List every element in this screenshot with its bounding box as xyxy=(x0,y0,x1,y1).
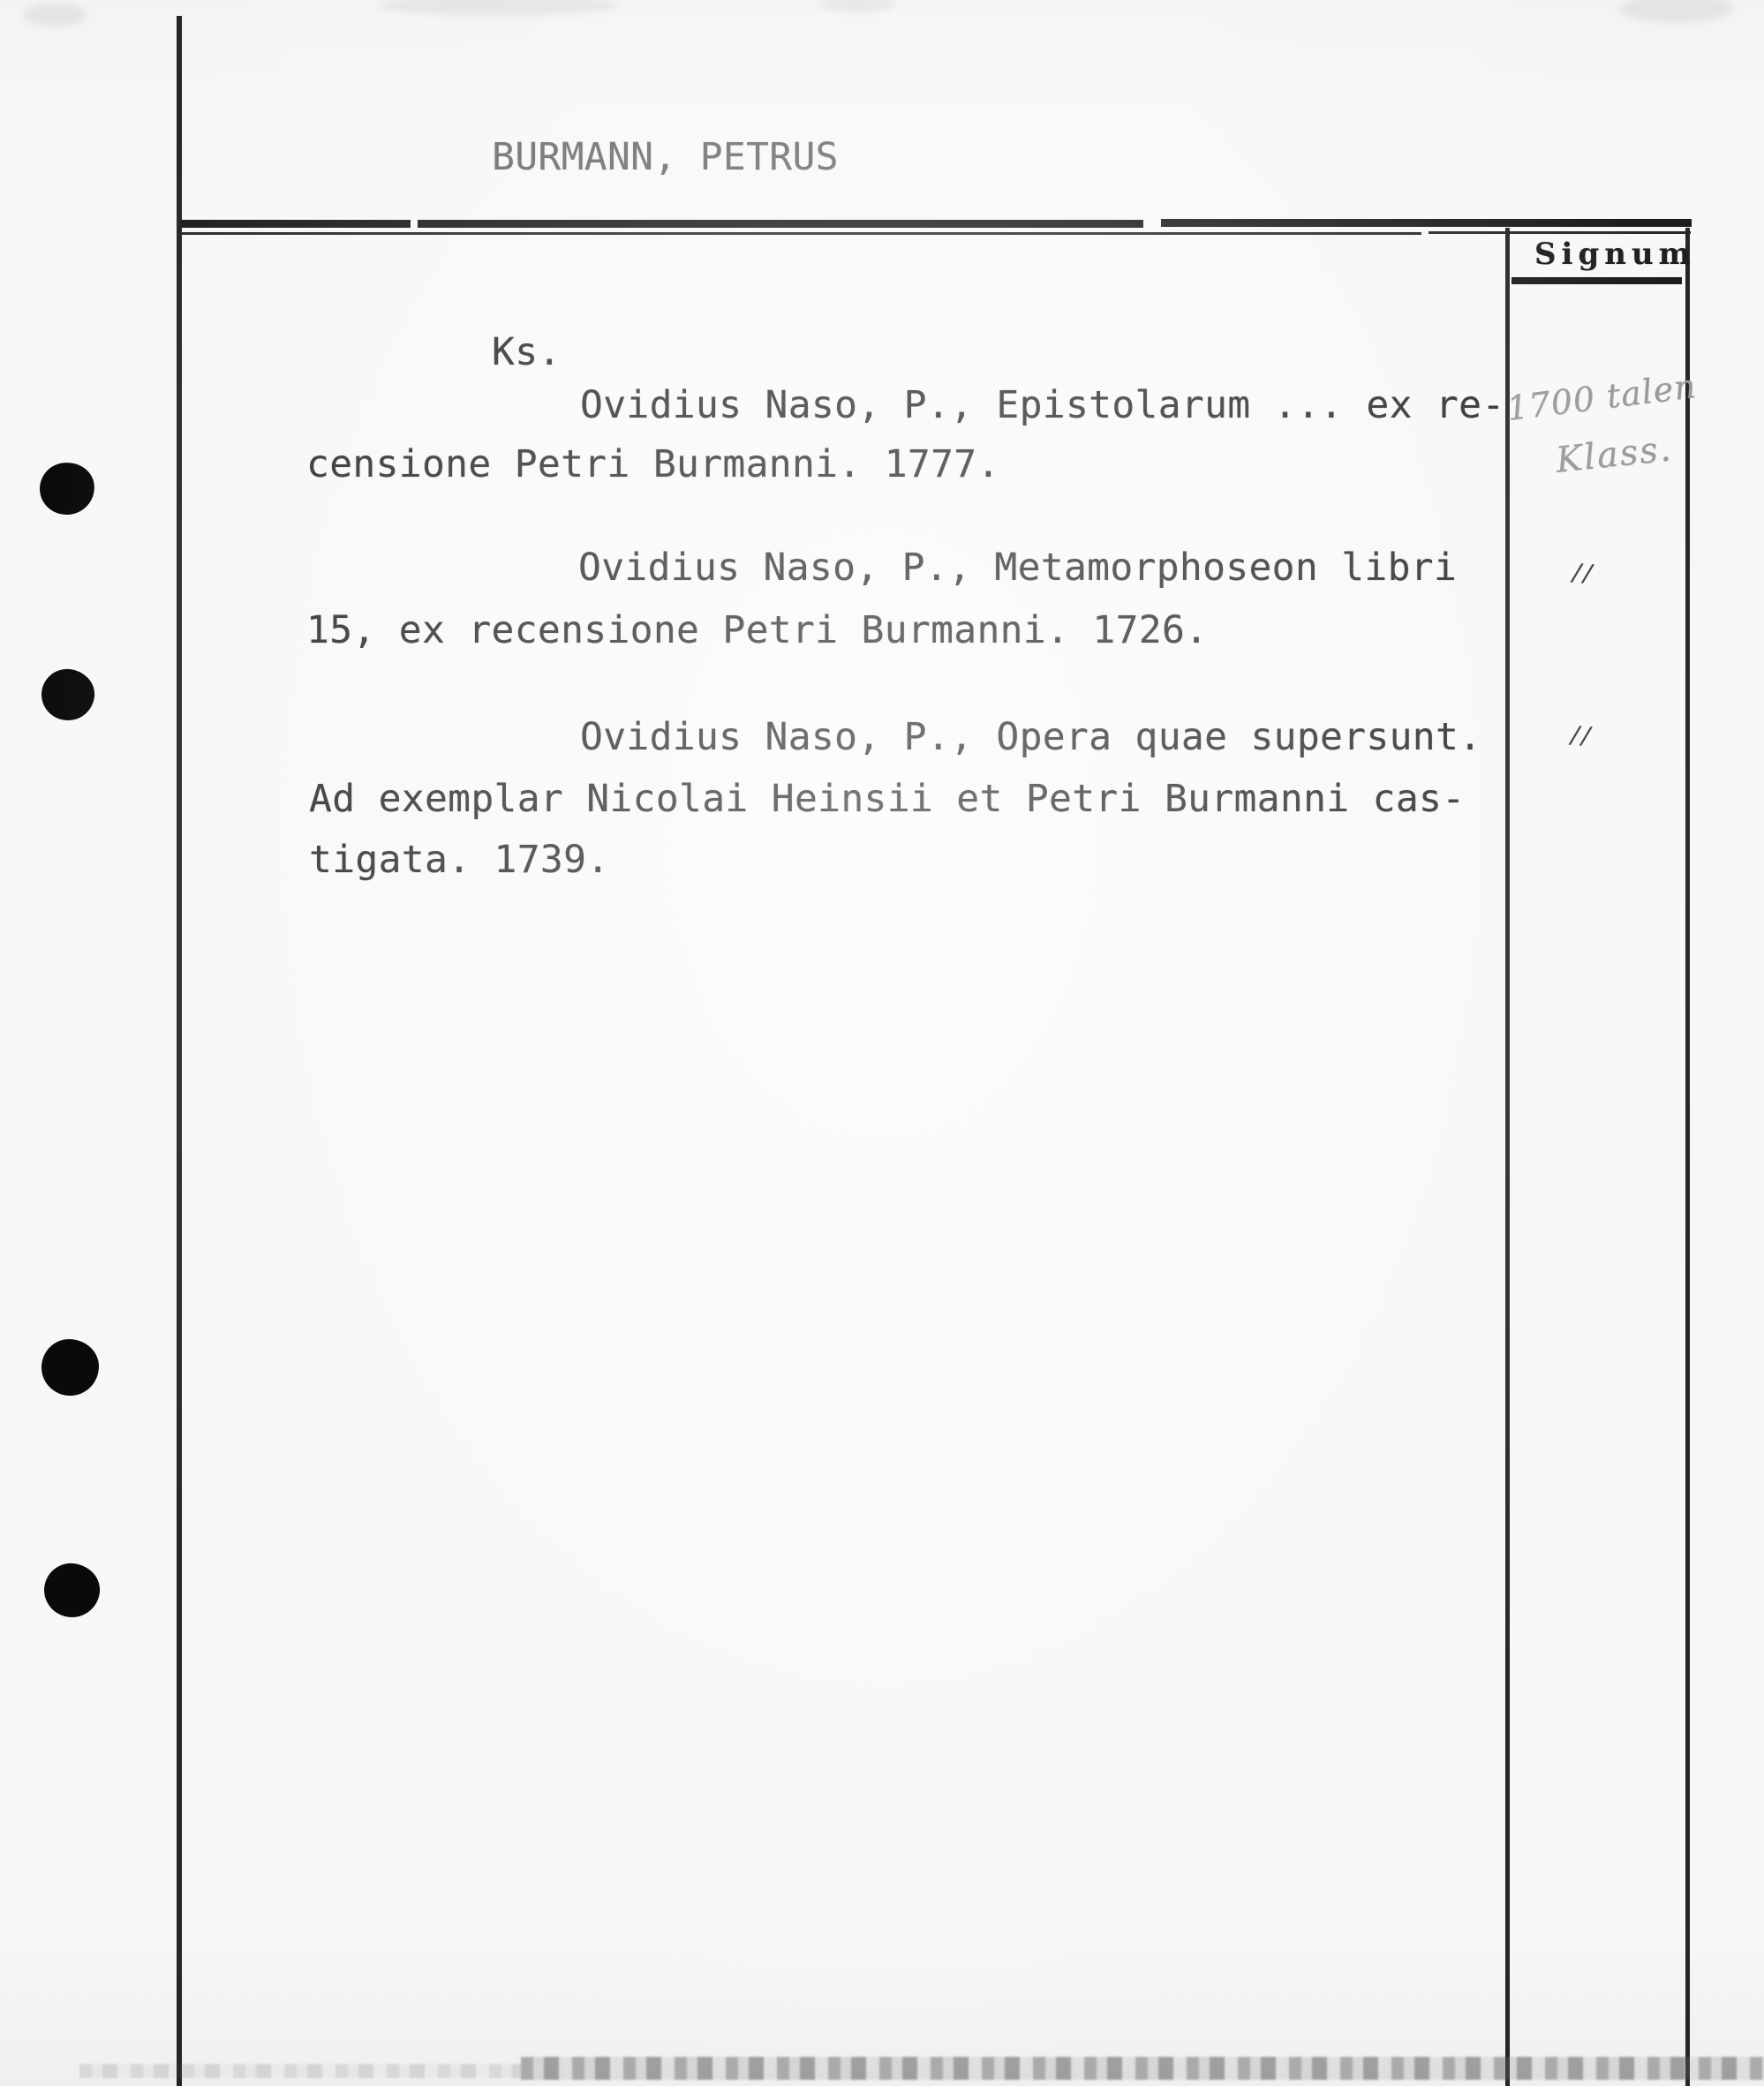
signum-column-left-border xyxy=(1505,228,1510,2086)
scan-smudge xyxy=(819,0,895,12)
punch-hole xyxy=(41,1339,99,1396)
top-rule-thick xyxy=(418,220,1143,228)
entry-3-line-3: tigata. 1739. xyxy=(309,839,609,882)
top-rule-thick xyxy=(1161,219,1692,227)
entry-2-line-1: Ovidius Naso, P., Metamorphoseon libri xyxy=(578,546,1457,590)
top-rule-thin xyxy=(1429,231,1691,234)
ditto-mark-icon: // xyxy=(1570,561,1593,586)
signum-header-underline xyxy=(1511,277,1682,284)
signum-column-right-border xyxy=(1685,228,1690,2086)
card-left-border xyxy=(177,16,182,2086)
punch-hole xyxy=(41,1560,103,1620)
entry-3-line-1: Ovidius Naso, P., Opera quae supersunt. xyxy=(580,716,1481,759)
top-rule-thick xyxy=(181,220,411,228)
scan-smudge xyxy=(23,4,87,26)
scan-bottom-shadow xyxy=(521,2057,1764,2080)
scan-smudge xyxy=(1619,0,1734,23)
card-heading: BURMANN, PETRUS xyxy=(492,136,839,179)
scan-smudge xyxy=(380,0,618,16)
ditto-mark-icon: // xyxy=(1568,723,1591,749)
entry-2-line-2: 15, ex recensione Petri Burmanni. 1726. xyxy=(306,609,1208,652)
catalog-card-scan: BURMANN, PETRUS Signum Ks. Ovidius Naso,… xyxy=(0,0,1764,2086)
entry-1-line-2: censione Petri Burmanni. 1777. xyxy=(306,443,1000,486)
entry-3-line-2: Ad exemplar Nicolai Heinsii et Petri Bur… xyxy=(309,778,1465,821)
punch-hole xyxy=(36,459,98,518)
entry-1-line-1: Ovidius Naso, P., Epistolarum ... ex re- xyxy=(580,384,1505,427)
signum-handwritten-note-line-1: 1700 talen xyxy=(1504,366,1699,428)
scan-bottom-shadow xyxy=(79,2064,521,2078)
top-rule-thin xyxy=(181,232,1421,235)
signum-column-header: Signum xyxy=(1534,237,1696,272)
collection-label: Ks. xyxy=(492,331,562,374)
punch-hole xyxy=(40,666,97,722)
signum-handwritten-note-line-2: Klass. xyxy=(1554,428,1674,481)
